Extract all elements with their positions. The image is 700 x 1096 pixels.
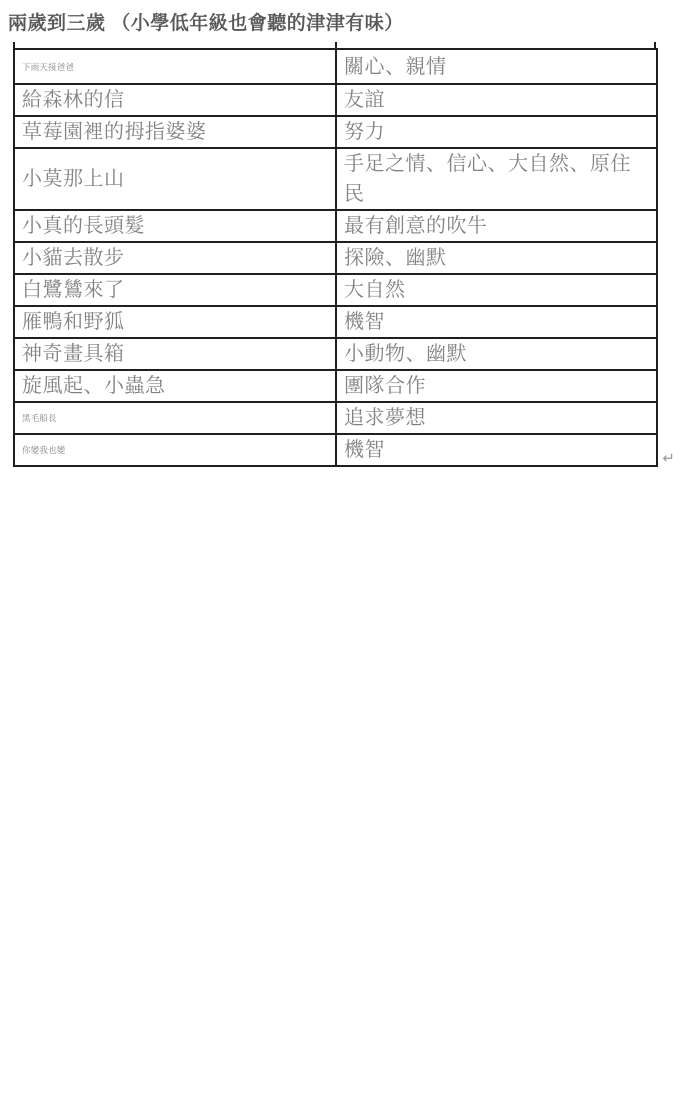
theme-cell: 最有創意的吹牛 [336, 210, 657, 242]
table-row: 雁鴨和野狐機智 [14, 306, 657, 338]
book-title-cell: 小真的長頭髮 [14, 210, 336, 242]
book-title-cell: 白鷺鷥來了 [14, 274, 336, 306]
book-theme-table-wrap: 下雨天接爸爸關心、親情給森林的信友誼草莓園裡的拇指婆婆努力小莫那上山手足之情、信… [13, 48, 656, 467]
theme-cell: 探險、幽默 [336, 242, 657, 274]
table-row: 小貓去散步探險、幽默 [14, 242, 657, 274]
book-title-cell: 黑毛船長 [14, 402, 336, 434]
table-row: 小真的長頭髮最有創意的吹牛 [14, 210, 657, 242]
book-title-cell: 雁鴨和野狐 [14, 306, 336, 338]
book-title-cell: 草莓園裡的拇指婆婆 [14, 116, 336, 148]
table-row: 小莫那上山手足之情、信心、大自然、原住民 [14, 148, 657, 210]
table-border-tick-left [13, 42, 15, 48]
table-row: 下雨天接爸爸關心、親情 [14, 49, 657, 84]
theme-cell: 努力 [336, 116, 657, 148]
table-row: 草莓園裡的拇指婆婆努力 [14, 116, 657, 148]
theme-cell: 機智 [336, 306, 657, 338]
book-title-cell: 你變我也變 [14, 434, 336, 466]
table-row: 黑毛船長追求夢想 [14, 402, 657, 434]
table-row: 白鷺鷥來了大自然 [14, 274, 657, 306]
book-title-cell: 小莫那上山 [14, 148, 336, 210]
theme-cell: 大自然 [336, 274, 657, 306]
book-title-cell: 神奇畫具箱 [14, 338, 336, 370]
theme-cell: 友誼 [336, 84, 657, 116]
table-border-tick-right [654, 42, 656, 48]
paragraph-return-mark: ↵ [662, 451, 675, 466]
table-row: 旋風起、小蟲急團隊合作 [14, 370, 657, 402]
theme-cell: 團隊合作 [336, 370, 657, 402]
table-row: 你變我也變機智 [14, 434, 657, 466]
book-title-cell: 給森林的信 [14, 84, 336, 116]
book-theme-table: 下雨天接爸爸關心、親情給森林的信友誼草莓園裡的拇指婆婆努力小莫那上山手足之情、信… [13, 48, 658, 467]
theme-cell: 手足之情、信心、大自然、原住民 [336, 148, 657, 210]
book-title-cell: 小貓去散步 [14, 242, 336, 274]
theme-cell: 機智 [336, 434, 657, 466]
page-title: 兩歲到三歲 （小學低年級也會聽的津津有味） [8, 13, 700, 35]
table-body: 下雨天接爸爸關心、親情給森林的信友誼草莓園裡的拇指婆婆努力小莫那上山手足之情、信… [14, 49, 657, 466]
table-row: 給森林的信友誼 [14, 84, 657, 116]
book-title-cell: 下雨天接爸爸 [14, 49, 336, 84]
theme-cell: 小動物、幽默 [336, 338, 657, 370]
book-title-cell: 旋風起、小蟲急 [14, 370, 336, 402]
theme-cell: 關心、親情 [336, 49, 657, 84]
table-row: 神奇畫具箱小動物、幽默 [14, 338, 657, 370]
theme-cell: 追求夢想 [336, 402, 657, 434]
table-border-tick-divider [335, 42, 337, 48]
